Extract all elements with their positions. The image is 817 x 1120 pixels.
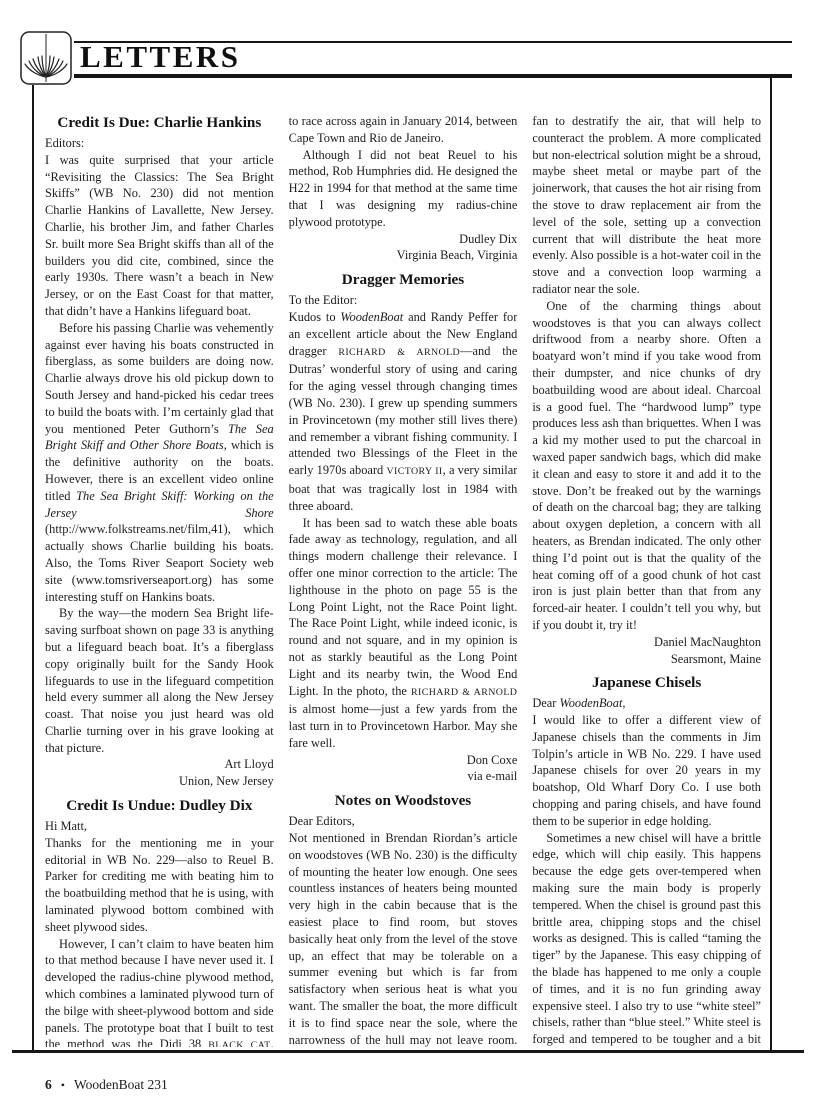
letter-signature: Daniel MacNaughtonSearsmont, Maine bbox=[532, 634, 761, 668]
letter-paragraph: to race across again in January 2014, be… bbox=[289, 113, 518, 147]
letter-paragraph: Before his passing Charlie was vehementl… bbox=[45, 320, 274, 606]
magazine-page: LETTERS Credit Is Due: Charlie HankinsEd… bbox=[0, 0, 817, 1120]
signature-line: Dudley Dix bbox=[289, 231, 518, 248]
page-footer: 6•WoodenBoat 231 bbox=[45, 1077, 168, 1093]
letter-paragraph: fan to destratify the air, that will hel… bbox=[532, 113, 761, 298]
letter-heading: Credit Is Due: Charlie Hankins bbox=[45, 114, 274, 132]
letter-paragraph: Sometimes a new chisel will have a britt… bbox=[532, 830, 761, 1047]
letter-paragraph: Editors: bbox=[45, 135, 274, 152]
letters-column-3: fan to destratify the air, that will hel… bbox=[532, 113, 761, 1047]
letter-heading: Japanese Chisels bbox=[532, 674, 761, 692]
letter-paragraph: I was quite surprised that your article … bbox=[45, 152, 274, 320]
letter-signature: Dudley DixVirginia Beach, Virginia bbox=[289, 231, 518, 265]
letter-paragraph: Dear Editors, bbox=[289, 813, 518, 830]
signature-line: via e-mail bbox=[289, 768, 518, 785]
letter-paragraph: Not mentioned in Brendan Riordan’s artic… bbox=[289, 830, 518, 1047]
letter-paragraph: Although I did not beat Reuel to his met… bbox=[289, 147, 518, 231]
page-border-right bbox=[770, 76, 772, 1052]
letter-heading: Credit Is Undue: Dudley Dix bbox=[45, 797, 274, 815]
letter-paragraph: By the way—the modern Sea Bright life-sa… bbox=[45, 605, 274, 756]
signature-line: Daniel MacNaughton bbox=[532, 634, 761, 651]
letter-paragraph: I would like to offer a different view o… bbox=[532, 712, 761, 830]
signature-line: Searsmont, Maine bbox=[532, 651, 761, 668]
header-rule-thick bbox=[74, 74, 792, 78]
header-rule-thin bbox=[74, 41, 792, 43]
letters-columns: Credit Is Due: Charlie HankinsEditors:I … bbox=[45, 113, 761, 1047]
letter-paragraph: Dear WoodenBoat, bbox=[532, 695, 761, 712]
letter-paragraph: To the Editor: bbox=[289, 292, 518, 309]
letter-paragraph: Kudos to WoodenBoat and Randy Peffer for… bbox=[289, 309, 518, 515]
page-number: 6 bbox=[45, 1077, 52, 1092]
letter-signature: Don Coxevia e-mail bbox=[289, 752, 518, 786]
page-border-left bbox=[32, 85, 34, 1052]
letter-paragraph: One of the charming things about woodsto… bbox=[532, 298, 761, 634]
section-title: LETTERS bbox=[80, 41, 241, 72]
letter-paragraph: However, I can’t claim to have beaten hi… bbox=[45, 936, 274, 1047]
letter-signature: Art LloydUnion, New Jersey bbox=[45, 756, 274, 790]
signature-line: Art Lloyd bbox=[45, 756, 274, 773]
woodenboat-logo bbox=[20, 31, 72, 85]
letters-column-2: to race across again in January 2014, be… bbox=[289, 113, 518, 1047]
signature-line: Virginia Beach, Virginia bbox=[289, 247, 518, 264]
letter-paragraph: It has been sad to watch these able boat… bbox=[289, 515, 518, 752]
letter-heading: Notes on Woodstoves bbox=[289, 792, 518, 810]
signature-line: Union, New Jersey bbox=[45, 773, 274, 790]
magazine-name: WoodenBoat 231 bbox=[74, 1077, 168, 1092]
signature-line: Don Coxe bbox=[289, 752, 518, 769]
letters-column-1: Credit Is Due: Charlie HankinsEditors:I … bbox=[45, 113, 274, 1047]
page-border-bottom bbox=[12, 1050, 804, 1053]
footer-bullet: • bbox=[61, 1078, 65, 1092]
letter-paragraph: Hi Matt, bbox=[45, 818, 274, 835]
letter-heading: Dragger Memories bbox=[289, 271, 518, 289]
hull-section-icon bbox=[20, 31, 72, 85]
letter-paragraph: Thanks for the mentioning me in your edi… bbox=[45, 835, 274, 936]
